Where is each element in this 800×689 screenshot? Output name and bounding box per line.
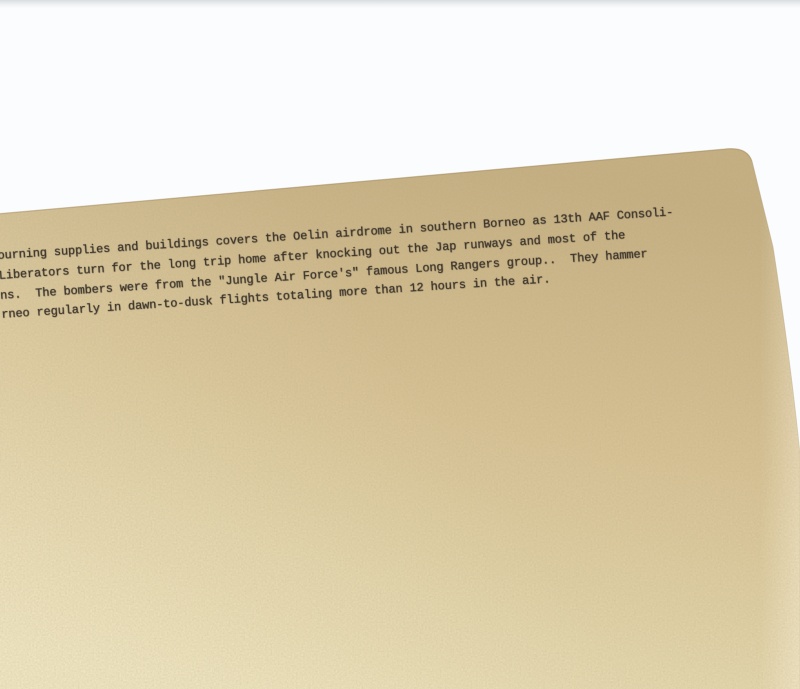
paper-sheet (0, 0, 800, 689)
scan-background: ourning supplies and buildings covers th… (0, 0, 800, 689)
